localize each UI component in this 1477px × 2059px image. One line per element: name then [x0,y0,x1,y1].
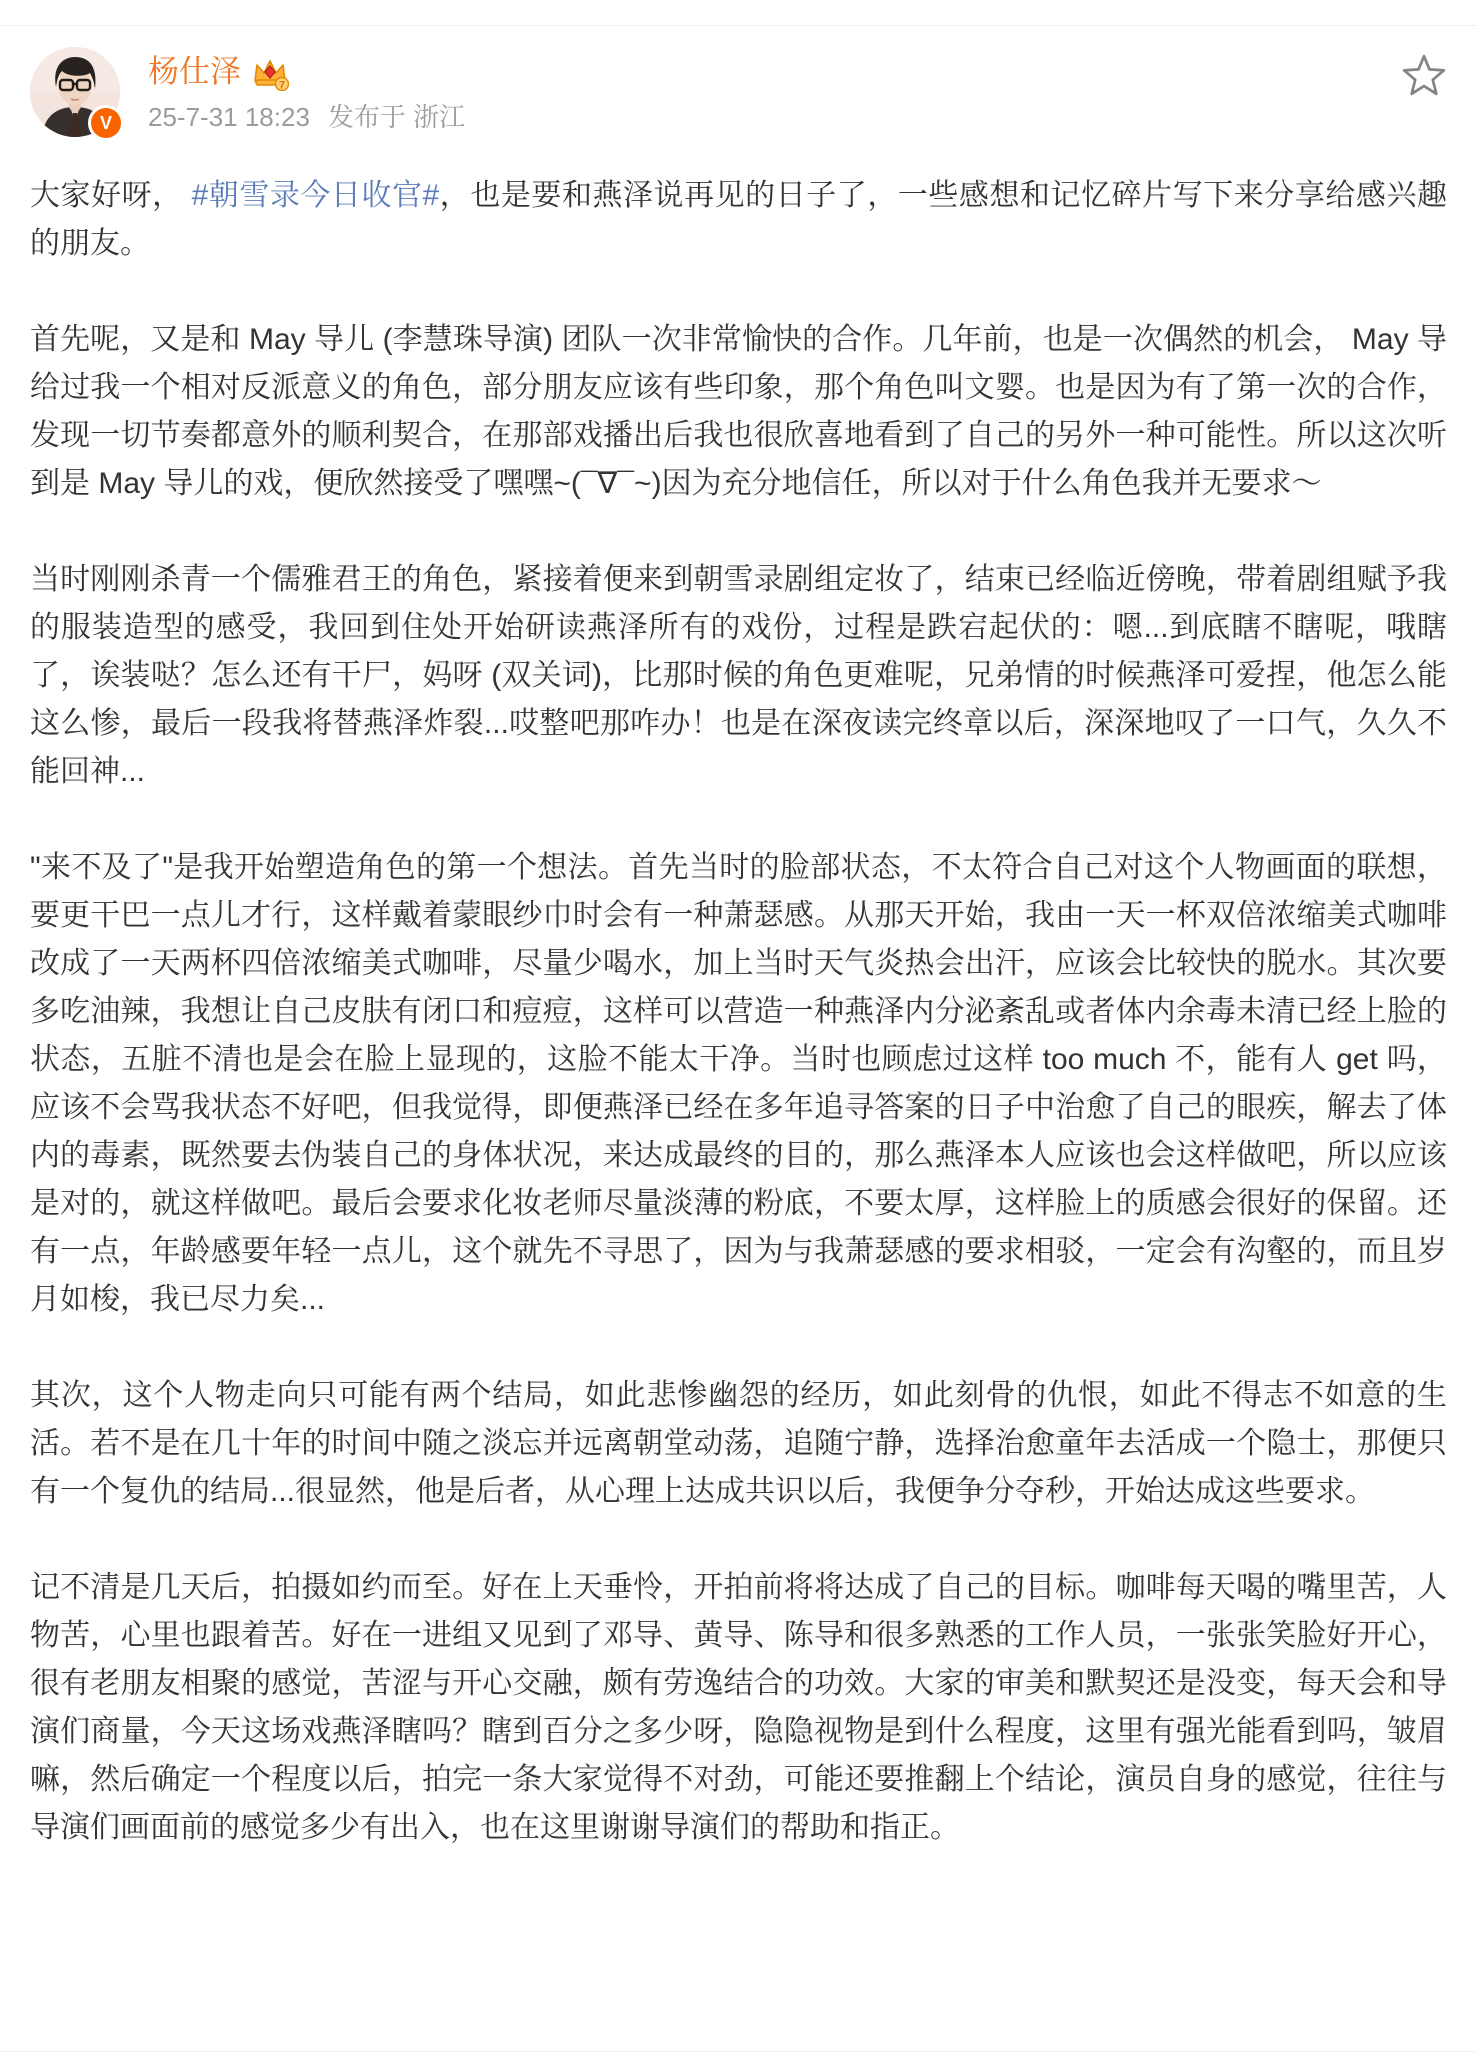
post-content: 大家好呀， #朝雪录今日收官#，也是要和燕泽说再见的日子了，一些感想和记忆碎片写… [30,172,1447,1852]
timestamp: 25-7-31 18:23 [148,102,310,132]
favorite-button[interactable] [1401,52,1447,98]
post-paragraph: 其次，这个人物走向只可能有两个结局，如此悲惨幽怨的经历，如此刻骨的仇恨，如此不得… [30,1372,1447,1516]
user-header: 杨仕泽 7 [148,52,289,92]
post-text: "来不及了"是我开始塑造角色的第一个想法。首先当时的脸部状态，不太符合自己对这个… [30,851,1447,1316]
post-text: 大家好呀， [30,179,192,212]
hashtag-link[interactable]: #朝雪录今日收官# [192,179,440,212]
top-divider [0,25,1477,26]
username[interactable]: 杨仕泽 [148,52,241,92]
avatar[interactable]: V [30,47,120,137]
post-text: 其次，这个人物走向只可能有两个结局，如此悲惨幽怨的经历，如此刻骨的仇恨，如此不得… [30,1379,1447,1508]
verified-v-icon: V [88,105,124,141]
post-text: 当时刚刚杀青一个儒雅君王的角色，紧接着便来到朝雪录剧组定妆了，结束已经临近傍晚，… [30,563,1447,788]
star-icon [1401,52,1447,98]
post-paragraph: 首先呢，又是和 May 导儿 (李慧珠导演) 团队一次非常愉快的合作。几年前，也… [30,316,1447,508]
post-paragraph: 大家好呀， #朝雪录今日收官#，也是要和燕泽说再见的日子了，一些感想和记忆碎片写… [30,172,1447,268]
svg-text:7: 7 [279,80,285,92]
post-paragraph: 记不清是几天后，拍摄如约而至。好在上天垂怜，开拍前将将达成了自己的目标。咖啡每天… [30,1564,1447,1852]
post-text: 记不清是几天后，拍摄如约而至。好在上天垂怜，开拍前将将达成了自己的目标。咖啡每天… [30,1571,1447,1844]
bottom-divider [0,2051,1477,2052]
vip-crown-icon[interactable]: 7 [251,57,289,91]
location: 发布于 浙江 [328,102,465,132]
post-paragraph: "来不及了"是我开始塑造角色的第一个想法。首先当时的脸部状态，不太符合自己对这个… [30,844,1447,1324]
post-text: 首先呢，又是和 May 导儿 (李慧珠导演) 团队一次非常愉快的合作。几年前，也… [30,323,1447,500]
weibo-post-page: { "header": { "username": "杨仕泽", "vip_ba… [0,0,1477,2059]
post-paragraph: 当时刚刚杀青一个儒雅君王的角色，紧接着便来到朝雪录剧组定妆了，结束已经临近傍晚，… [30,556,1447,796]
post-meta: 25-7-31 18:23发布于 浙江 [148,100,465,134]
